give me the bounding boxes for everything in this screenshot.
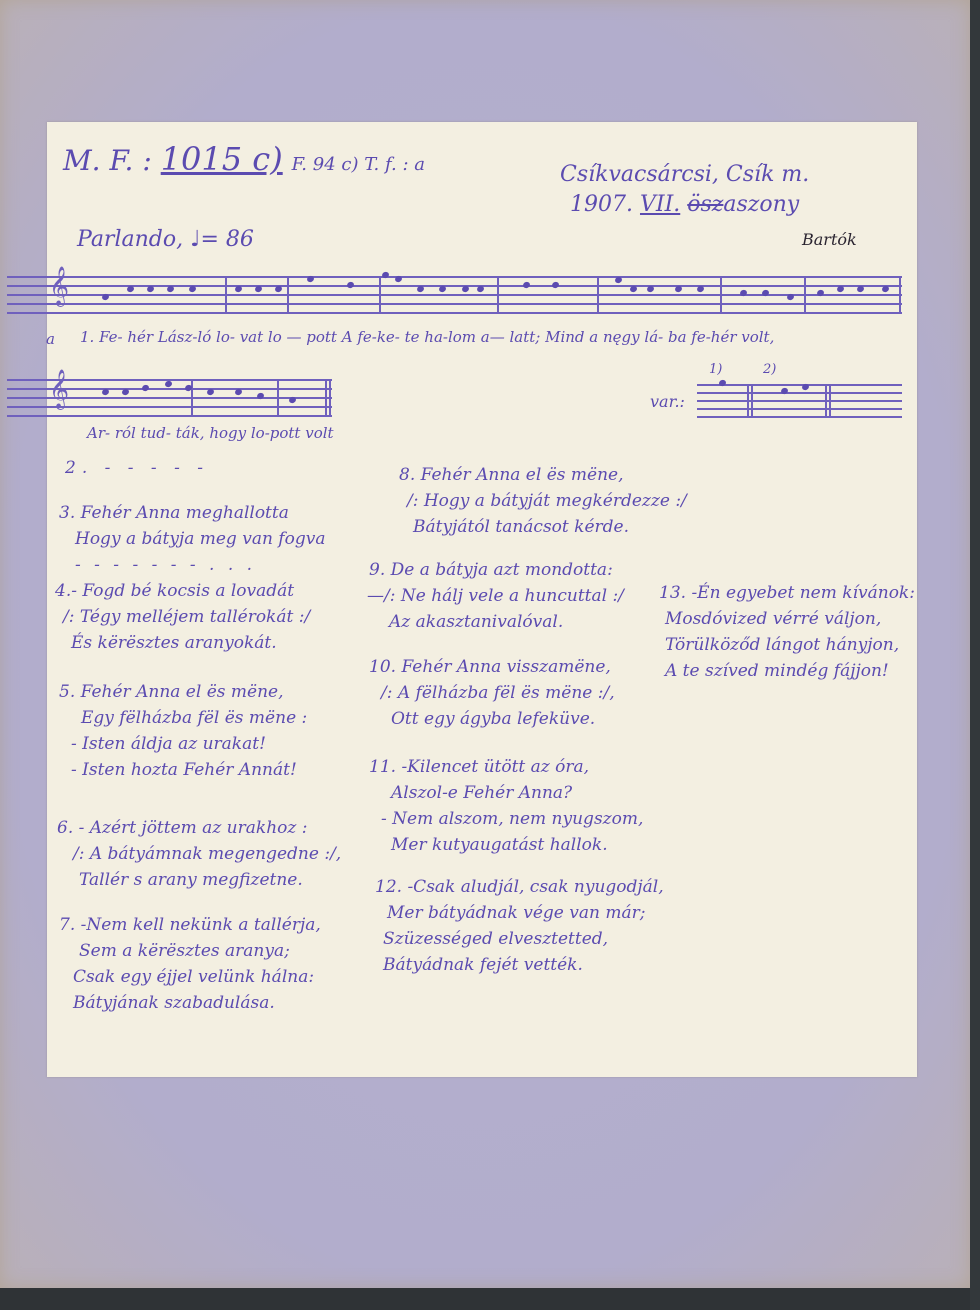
manuscript-sheet: M. F. : 1015 c) F. 94 c) T. f. : a Csíkv… [47, 122, 917, 1077]
verse-3: 3. Fehér Anna meghallotta Hogy a bátyja … [59, 500, 325, 578]
verse-line: Alszol-e Fehér Anna? [369, 780, 643, 806]
verse-line: - Isten áldja az urakat! [59, 731, 307, 757]
verse-line: Sem a kërësztes aranya; [59, 938, 321, 964]
signature: Bartók [802, 230, 857, 249]
verse-line: A te szíved mindég fájjon! [659, 658, 915, 684]
verse-line: /: Hogy a bátyját megkérdezze :/ [399, 488, 687, 514]
verse-line: 8. Fehér Anna el ës mëne, [399, 462, 687, 488]
date-year: 1907. [570, 192, 633, 217]
collection-date: 1907. VII. öszaszony [570, 192, 799, 217]
variant-mark-1: 1) [709, 362, 722, 377]
verse-line: Ott egy ágyba lefeküve. [369, 706, 615, 732]
verse-line: Mer bátyádnak vége van már; [375, 900, 664, 926]
verse-line: Bátyádnak fejét vették. [375, 952, 664, 978]
treble-clef-icon: 𝄞 [49, 369, 69, 409]
catalog-number: 1015 c) [161, 140, 283, 178]
verse-line: 5. Fehér Anna el ës mëne, [59, 679, 307, 705]
verse-line: Hogy a bátyja meg van fogva [59, 526, 325, 552]
verse-4: 4.- Fogd bé kocsis a lovadát /: Tégy mel… [55, 578, 310, 656]
verse-line: 13. -Én egyebet nem kívánok: [659, 580, 915, 606]
verse-line: 7. -Nem kell nekünk a tallérja, [59, 912, 321, 938]
lyrics-line-1: 1. Fe- hér Lász-ló lo- vat lo — pott A f… [80, 328, 774, 346]
verse-line: - Isten hozta Fehér Annát! [59, 757, 307, 783]
verse-line: 4.- Fogd bé kocsis a lovadát [55, 578, 310, 604]
verse-6: 6. - Azért jöttem az urakhoz : /: A báty… [57, 815, 341, 893]
verse-line: 12. -Csak aludjál, csak nyugodjál, [375, 874, 664, 900]
lyrics-line-2: Ar- ról tud- ták, hogy lo-pott volt [87, 424, 334, 442]
verse-line: Tallér s arany megfizetne. [57, 867, 341, 893]
verse-10: 10. Fehér Anna visszamëne, /: A fëlházba… [369, 654, 615, 732]
music-staff-2: 𝄞 [7, 375, 332, 419]
date-month: VII. [640, 192, 680, 217]
verse-line: 6. - Azért jöttem az urakhoz : [57, 815, 341, 841]
verse-line: /: A fëlházba fël ës mëne :/, [369, 680, 615, 706]
verse-11: 11. -Kilencet ütött az óra, Alszol-e Feh… [369, 754, 643, 858]
verse-line: /: Tégy melléjem tallérokát :/ [55, 604, 310, 630]
verse-line: - Nem alszom, nem nyugszom, [369, 806, 643, 832]
verse-8: 8. Fehér Anna el ës mëne, /: Hogy a báty… [399, 462, 687, 540]
verse-line: 3. Fehér Anna meghallotta [59, 500, 325, 526]
verse-line: —/: Ne hálj vele a huncuttal :/ [367, 583, 624, 609]
verse-line: - - - - - - - . . . [59, 552, 325, 578]
variants-label: var.: [650, 392, 685, 411]
verse-12: 12. -Csak aludjál, csak nyugodjál, Mer b… [375, 874, 664, 978]
verse-line: Törülköződ lángot hányjon, [659, 632, 915, 658]
verse-line: 10. Fehér Anna visszamëne, [369, 654, 615, 680]
verse-line: Bátyjának szabadulása. [59, 990, 321, 1016]
verse-13: 13. -Én egyebet nem kívánok: Mosdóvized … [659, 580, 915, 684]
catalog-reference: M. F. : 1015 c) F. 94 c) T. f. : a [63, 140, 425, 178]
verse-line: Mosdóvized vérré váljon, [659, 606, 915, 632]
tempo-marking: Parlando, ♩= 86 [77, 227, 254, 252]
treble-clef-icon: 𝄞 [49, 266, 69, 306]
variants-staff [697, 382, 902, 418]
verse-line: Mer kutyaugatást hallok. [369, 832, 643, 858]
verse-line: Szüzességed elvesztetted, [375, 926, 664, 952]
catalog-suffix: F. 94 c) T. f. : a [292, 154, 425, 175]
variant-mark-2: 2) [763, 362, 776, 377]
verse-line: /: A bátyámnak megengedne :/, [57, 841, 341, 867]
verse-2: 2. - - - - - [65, 455, 209, 481]
verse-line: Az akasztanivalóval. [367, 609, 624, 635]
verse-prefix: a [46, 330, 55, 348]
scratched-text: ösz [687, 192, 723, 217]
verse-line: Egy fëlházba fël ës mëne : [59, 705, 307, 731]
verse-line: És kërësztes aranyokát. [55, 630, 310, 656]
background-strip [970, 0, 980, 1310]
verse-5: 5. Fehér Anna el ës mëne, Egy fëlházba f… [59, 679, 307, 783]
verse-line: Bátyjától tanácsot kérde. [399, 514, 687, 540]
verse-line: 9. De a bátyja azt mondotta: [367, 557, 624, 583]
verse-9: 9. De a bátyja azt mondotta: —/: Ne hálj… [367, 557, 624, 635]
informant: aszony [723, 192, 799, 217]
catalog-prefix: M. F. : [63, 144, 152, 177]
location: Csíkvacsárcsi, Csík m. [560, 162, 809, 187]
verse-line: Csak egy éjjel velünk hálna: [59, 964, 321, 990]
music-staff-1: 𝄞 [7, 272, 902, 316]
verse-line: 11. -Kilencet ütött az óra, [369, 754, 643, 780]
verse-7: 7. -Nem kell nekünk a tallérja, Sem a kë… [59, 912, 321, 1016]
